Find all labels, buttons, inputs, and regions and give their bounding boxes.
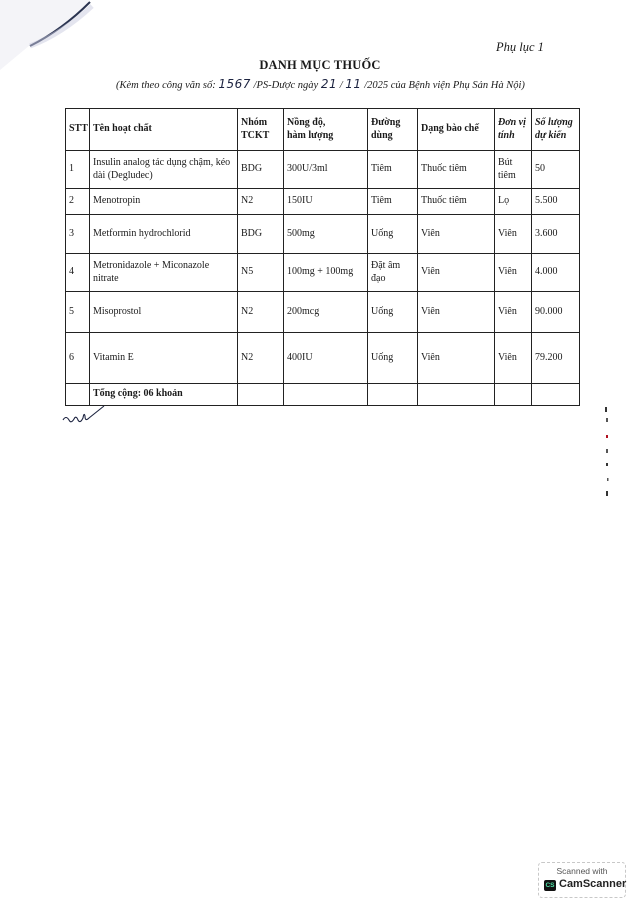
cell-quantity: 5.500 xyxy=(532,189,580,215)
cell-quantity: 79.200 xyxy=(532,333,580,384)
header-route: Đườngdùng xyxy=(368,109,418,151)
table-row: 2MenotropinN2150IUTiêmThuốc tiêmLọ5.500 xyxy=(66,189,580,215)
cell-strength: 500mg xyxy=(284,215,368,254)
cell-active-ingredient: Vitamin E xyxy=(90,333,238,384)
cell-dosage-form: Thuốc tiêm xyxy=(418,151,495,189)
camscanner-watermark: Scanned with CS CamScanner xyxy=(538,862,626,898)
empty-cell xyxy=(238,384,284,406)
cell-stt: 2 xyxy=(66,189,90,215)
header-unit: Đơn vịtính xyxy=(495,109,532,151)
total-stt-cell xyxy=(66,384,90,406)
header-name: Tên hoạt chất xyxy=(90,109,238,151)
cell-tckt-group: BDG xyxy=(238,215,284,254)
empty-cell xyxy=(368,384,418,406)
header-strength: Nồng độ,hàm lượng xyxy=(284,109,368,151)
appendix-label: Phụ lục 1 xyxy=(496,40,544,55)
cell-active-ingredient: Menotropin xyxy=(90,189,238,215)
cell-route: Tiêm xyxy=(368,151,418,189)
empty-cell xyxy=(284,384,368,406)
cell-route: Uống xyxy=(368,215,418,254)
cell-route: Tiêm xyxy=(368,189,418,215)
cell-active-ingredient: Insulin analog tác dụng chậm, kéo dài (D… xyxy=(90,151,238,189)
cell-dosage-form: Viên xyxy=(418,333,495,384)
cell-route: Uống xyxy=(368,333,418,384)
header-quantity: Số lượngdự kiến xyxy=(532,109,580,151)
subtitle-prefix: (Kèm theo công văn số: xyxy=(116,80,218,91)
cell-active-ingredient: Metronidazole + Miconazole nitrate xyxy=(90,254,238,292)
empty-cell xyxy=(495,384,532,406)
cell-quantity: 50 xyxy=(532,151,580,189)
cell-unit: Lọ xyxy=(495,189,532,215)
header-stt: STT xyxy=(66,109,90,151)
cell-strength: 100mg + 100mg xyxy=(284,254,368,292)
cell-stt: 4 xyxy=(66,254,90,292)
watermark-brand: CamScanner xyxy=(559,878,626,890)
cell-unit: Viên xyxy=(495,292,532,333)
header-group: NhómTCKT xyxy=(238,109,284,151)
table-row: 4Metronidazole + Miconazole nitrateN5100… xyxy=(66,254,580,292)
empty-cell xyxy=(532,384,580,406)
cell-quantity: 90.000 xyxy=(532,292,580,333)
cell-route: Uống xyxy=(368,292,418,333)
cell-tckt-group: BDG xyxy=(238,151,284,189)
cell-unit: Viên xyxy=(495,254,532,292)
initials-signature xyxy=(60,404,120,428)
cell-active-ingredient: Misoprostol xyxy=(90,292,238,333)
header-form: Dạng bào chế xyxy=(418,109,495,151)
drug-list-table: STT Tên hoạt chất NhómTCKT Nồng độ,hàm l… xyxy=(65,108,580,406)
table-header-row: STT Tên hoạt chất NhómTCKT Nồng độ,hàm l… xyxy=(66,109,580,151)
cell-strength: 400IU xyxy=(284,333,368,384)
table-row: 1Insulin analog tác dụng chậm, kéo dài (… xyxy=(66,151,580,189)
cell-active-ingredient: Metformin hydrochlorid xyxy=(90,215,238,254)
cell-unit: Viên xyxy=(495,333,532,384)
cell-tckt-group: N2 xyxy=(238,333,284,384)
watermark-caption: Scanned with xyxy=(539,866,625,876)
cell-dosage-form: Viên xyxy=(418,215,495,254)
cell-dosage-form: Viên xyxy=(418,254,495,292)
cell-quantity: 4.000 xyxy=(532,254,580,292)
cell-stt: 5 xyxy=(66,292,90,333)
page-title: DANH MỤC THUỐC xyxy=(0,58,640,73)
table-row: 5MisoprostolN2200mcgUốngViênViên90.000 xyxy=(66,292,580,333)
handwritten-month: 11 xyxy=(345,77,361,91)
cell-tckt-group: N2 xyxy=(238,292,284,333)
total-label: Tổng cộng: 06 khoản xyxy=(90,384,238,406)
cell-stt: 1 xyxy=(66,151,90,189)
cell-strength: 150IU xyxy=(284,189,368,215)
cell-unit: Bút tiêm xyxy=(495,151,532,189)
cell-dosage-form: Viên xyxy=(418,292,495,333)
subtitle-middle: /PS-Dược ngày xyxy=(251,80,321,91)
scan-edge-marks xyxy=(600,405,614,500)
table-total-row: Tổng cộng: 06 khoản xyxy=(66,384,580,406)
handwritten-doc-number: 1567 xyxy=(218,77,251,91)
cell-unit: Viên xyxy=(495,215,532,254)
cell-route: Đặt âm đạo xyxy=(368,254,418,292)
handwritten-day: 21 xyxy=(321,77,337,91)
cell-strength: 300U/3ml xyxy=(284,151,368,189)
page-subtitle: (Kèm theo công văn số: 1567 /PS-Dược ngà… xyxy=(116,77,525,91)
table-row: 3Metformin hydrochloridBDG500mgUốngViênV… xyxy=(66,215,580,254)
camscanner-logo-icon: CS xyxy=(544,880,556,891)
cell-tckt-group: N2 xyxy=(238,189,284,215)
cell-quantity: 3.600 xyxy=(532,215,580,254)
cell-stt: 3 xyxy=(66,215,90,254)
cell-stt: 6 xyxy=(66,333,90,384)
subtitle-suffix: /2025 của Bệnh viện Phụ Sản Hà Nội) xyxy=(362,80,525,91)
table-row: 6Vitamin EN2400IUUốngViênViên79.200 xyxy=(66,333,580,384)
cell-strength: 200mcg xyxy=(284,292,368,333)
empty-cell xyxy=(418,384,495,406)
cell-dosage-form: Thuốc tiêm xyxy=(418,189,495,215)
cell-tckt-group: N5 xyxy=(238,254,284,292)
